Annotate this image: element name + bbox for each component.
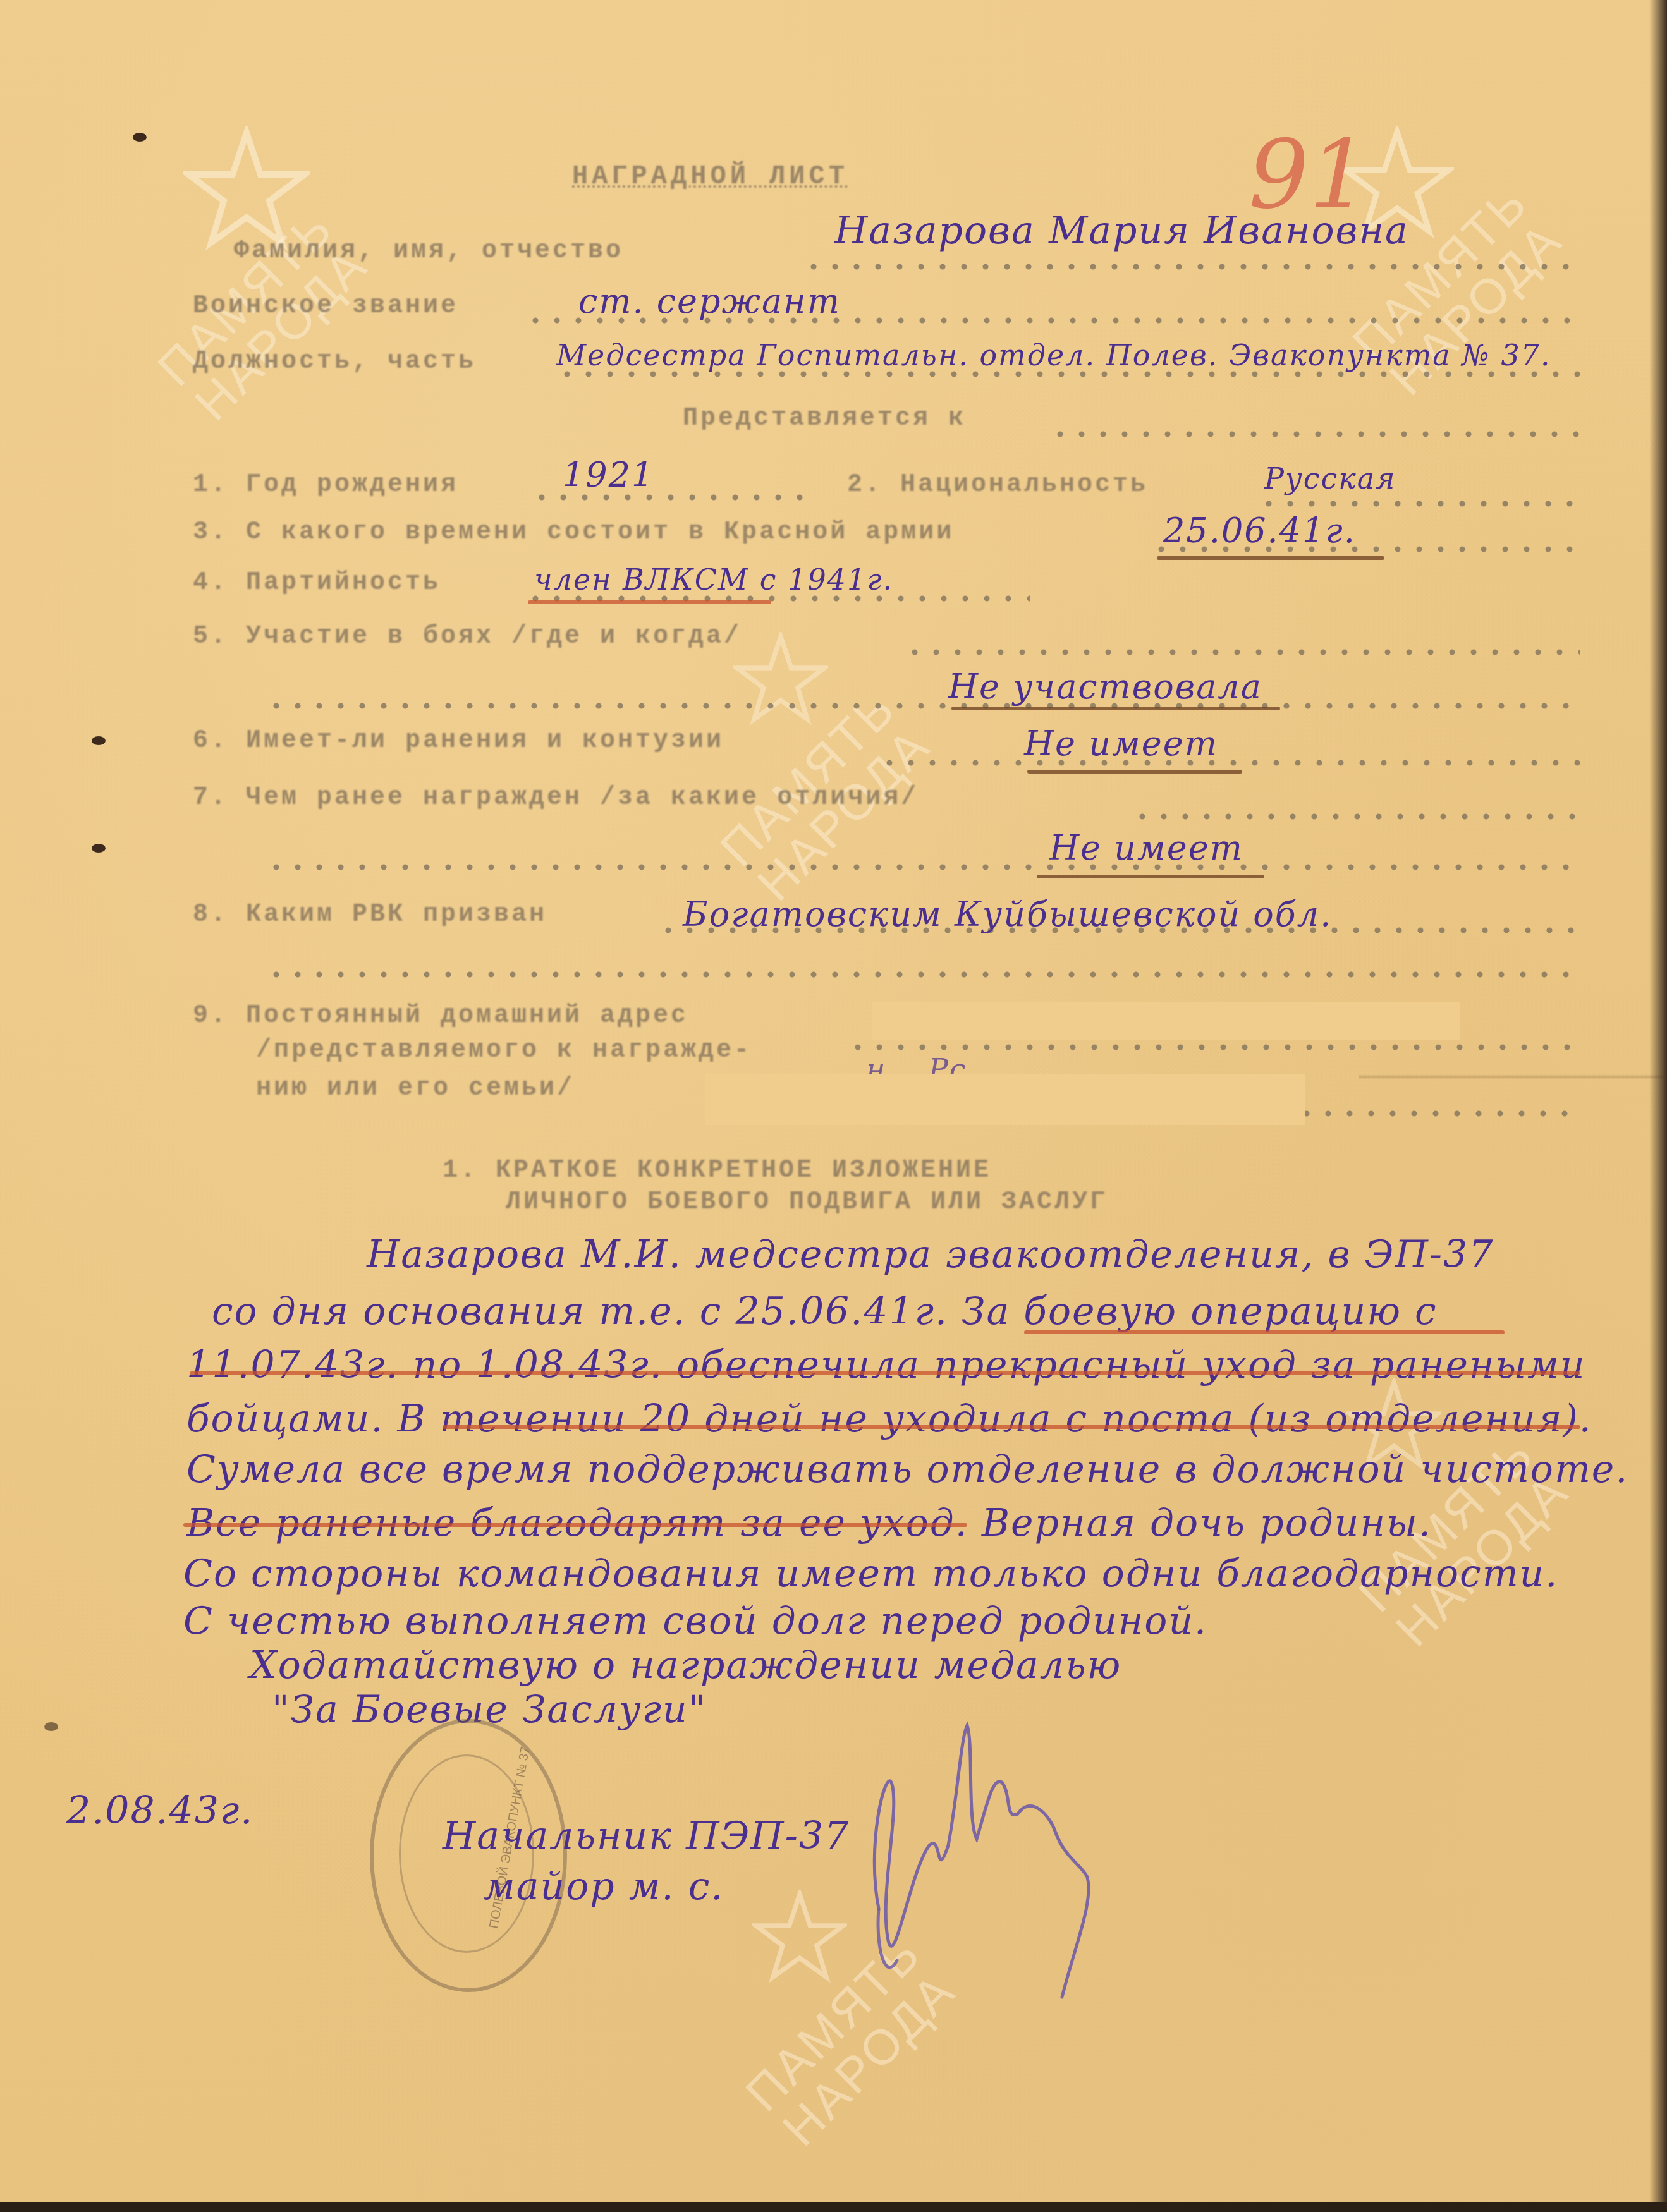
field-label-prior-awards: 7. Чем ранее награжден /за какие отличия…	[193, 784, 919, 812]
dotted-line	[1132, 812, 1580, 821]
paper-fold	[1359, 1074, 1667, 1079]
punch-hole	[44, 1722, 58, 1731]
dotted-line	[847, 1043, 1580, 1052]
punch-hole	[92, 844, 106, 853]
underline-mark	[1027, 770, 1242, 774]
field-value-party: член ВЛКСМ с 1941г.	[534, 562, 893, 597]
underline-mark	[1037, 875, 1264, 878]
watermark-star-icon	[733, 632, 828, 727]
redaction-block	[872, 1002, 1460, 1040]
narrative-line: С честью выполняет свой долг перед родин…	[183, 1599, 1207, 1643]
narrative-line: Со стороны командования имеет только одн…	[183, 1552, 1558, 1596]
watermark-star-icon	[183, 126, 310, 253]
dotted-line	[904, 648, 1580, 657]
field-label-battles: 5. Участие в боях /где и когда/	[193, 623, 742, 651]
narrative-line: со дня основания т.е. с 25.06.41г. За бо…	[212, 1289, 1438, 1334]
field-value-army-since: 25.06.41г.	[1163, 511, 1356, 550]
field-value-battles: Не участвовала	[948, 667, 1262, 707]
dotted-line	[266, 702, 1580, 710]
underline-mark	[443, 1425, 1580, 1429]
dotted-line	[803, 262, 1580, 271]
field-label-nominated-for: Представляется к	[683, 404, 966, 433]
document-page: ПАМЯТЬНАРОДА ПАМЯТЬНАРОДА ПАМЯТЬНАРОДА П…	[0, 0, 1667, 2212]
field-value-wounds: Не имеет	[1024, 724, 1218, 763]
underline-mark	[951, 707, 1280, 710]
field-value-prior-awards: Не имеет	[1049, 828, 1243, 868]
dotted-line	[1258, 499, 1580, 508]
underline-mark	[1024, 1330, 1505, 1334]
dotted-line	[879, 758, 1580, 767]
field-label-address-1: 9. Постоянный домашний адрес	[193, 1002, 688, 1030]
dotted-line	[266, 863, 1580, 872]
section-heading-line2: ЛИЧНОГО БОЕВОГО ПОДВИГА ИЛИ ЗАСЛУГ	[506, 1188, 1108, 1217]
signatory-title: Начальник ПЭП-37	[443, 1814, 850, 1858]
field-label-address-2: /представляемого к награжде-	[256, 1036, 752, 1065]
field-label-wounds: 6. Имеет-ли ранения и контузии	[193, 727, 724, 755]
dotted-line	[266, 970, 1580, 979]
underline-mark	[190, 1371, 1580, 1375]
petition-line1: Ходатайствую о награждении медалью	[250, 1643, 1121, 1687]
redaction-block	[705, 1074, 1305, 1125]
field-label-rank: Воинское звание	[193, 292, 458, 320]
watermark-star-icon	[752, 1890, 847, 1984]
field-value-drafted-by: Богатовским Куйбышевской обл.	[683, 894, 1332, 934]
narrative-line: Назарова М.И. медсестра эвакоотделения, …	[367, 1232, 1494, 1277]
dotted-line	[1296, 1109, 1580, 1118]
field-value-position: Медсестра Госпитальн. отдел. Полев. Эвак…	[556, 338, 1551, 372]
field-label-position: Должность, часть	[193, 348, 476, 376]
page-edge-shadow	[0, 2202, 1667, 2212]
underline-mark	[1157, 556, 1384, 560]
punch-hole	[133, 133, 147, 142]
punch-hole	[92, 736, 106, 745]
page-edge-shadow	[1649, 0, 1667, 2212]
field-value-birth-year: 1921	[563, 455, 654, 495]
field-label-name: Фамилия, имя, отчество	[234, 237, 623, 265]
signature-scribble-icon	[841, 1719, 1169, 2010]
field-value-nationality: Русская	[1264, 461, 1396, 495]
document-date: 2.08.43г.	[66, 1789, 253, 1833]
form-title: НАГРАДНОЙ ЛИСТ	[572, 161, 848, 191]
field-label-birth-year: 1. Год рождения	[193, 471, 458, 499]
underline-mark	[528, 600, 771, 604]
signatory-rank: майор м. с.	[484, 1864, 724, 1909]
field-value-rank: ст. сержант	[578, 281, 841, 321]
section-heading-line1: 1. КРАТКОЕ КОНКРЕТНОЕ ИЗЛОЖЕНИЕ	[443, 1157, 991, 1185]
field-label-address-3: нию или его семьи/	[256, 1074, 575, 1103]
underline-mark	[183, 1523, 967, 1527]
field-label-drafted-by: 8. Каким РВК призван	[193, 901, 547, 929]
field-label-nationality: 2. Национальность	[847, 471, 1148, 499]
dotted-line	[1049, 430, 1580, 439]
field-label-party: 4. Партийность	[193, 569, 441, 597]
field-value-name: Назарова Мария Ивановна	[834, 209, 1409, 253]
narrative-line: бойцами. В течении 20 дней не уходила с …	[186, 1397, 1592, 1441]
narrative-line: 11.07.43г. по 1.08.43г. обеспечила прекр…	[186, 1343, 1586, 1387]
narrative-line: Сумела все время поддерживать отделение …	[186, 1447, 1628, 1492]
field-label-army-since: 3. С какого времени состоит в Красной ар…	[193, 518, 954, 547]
